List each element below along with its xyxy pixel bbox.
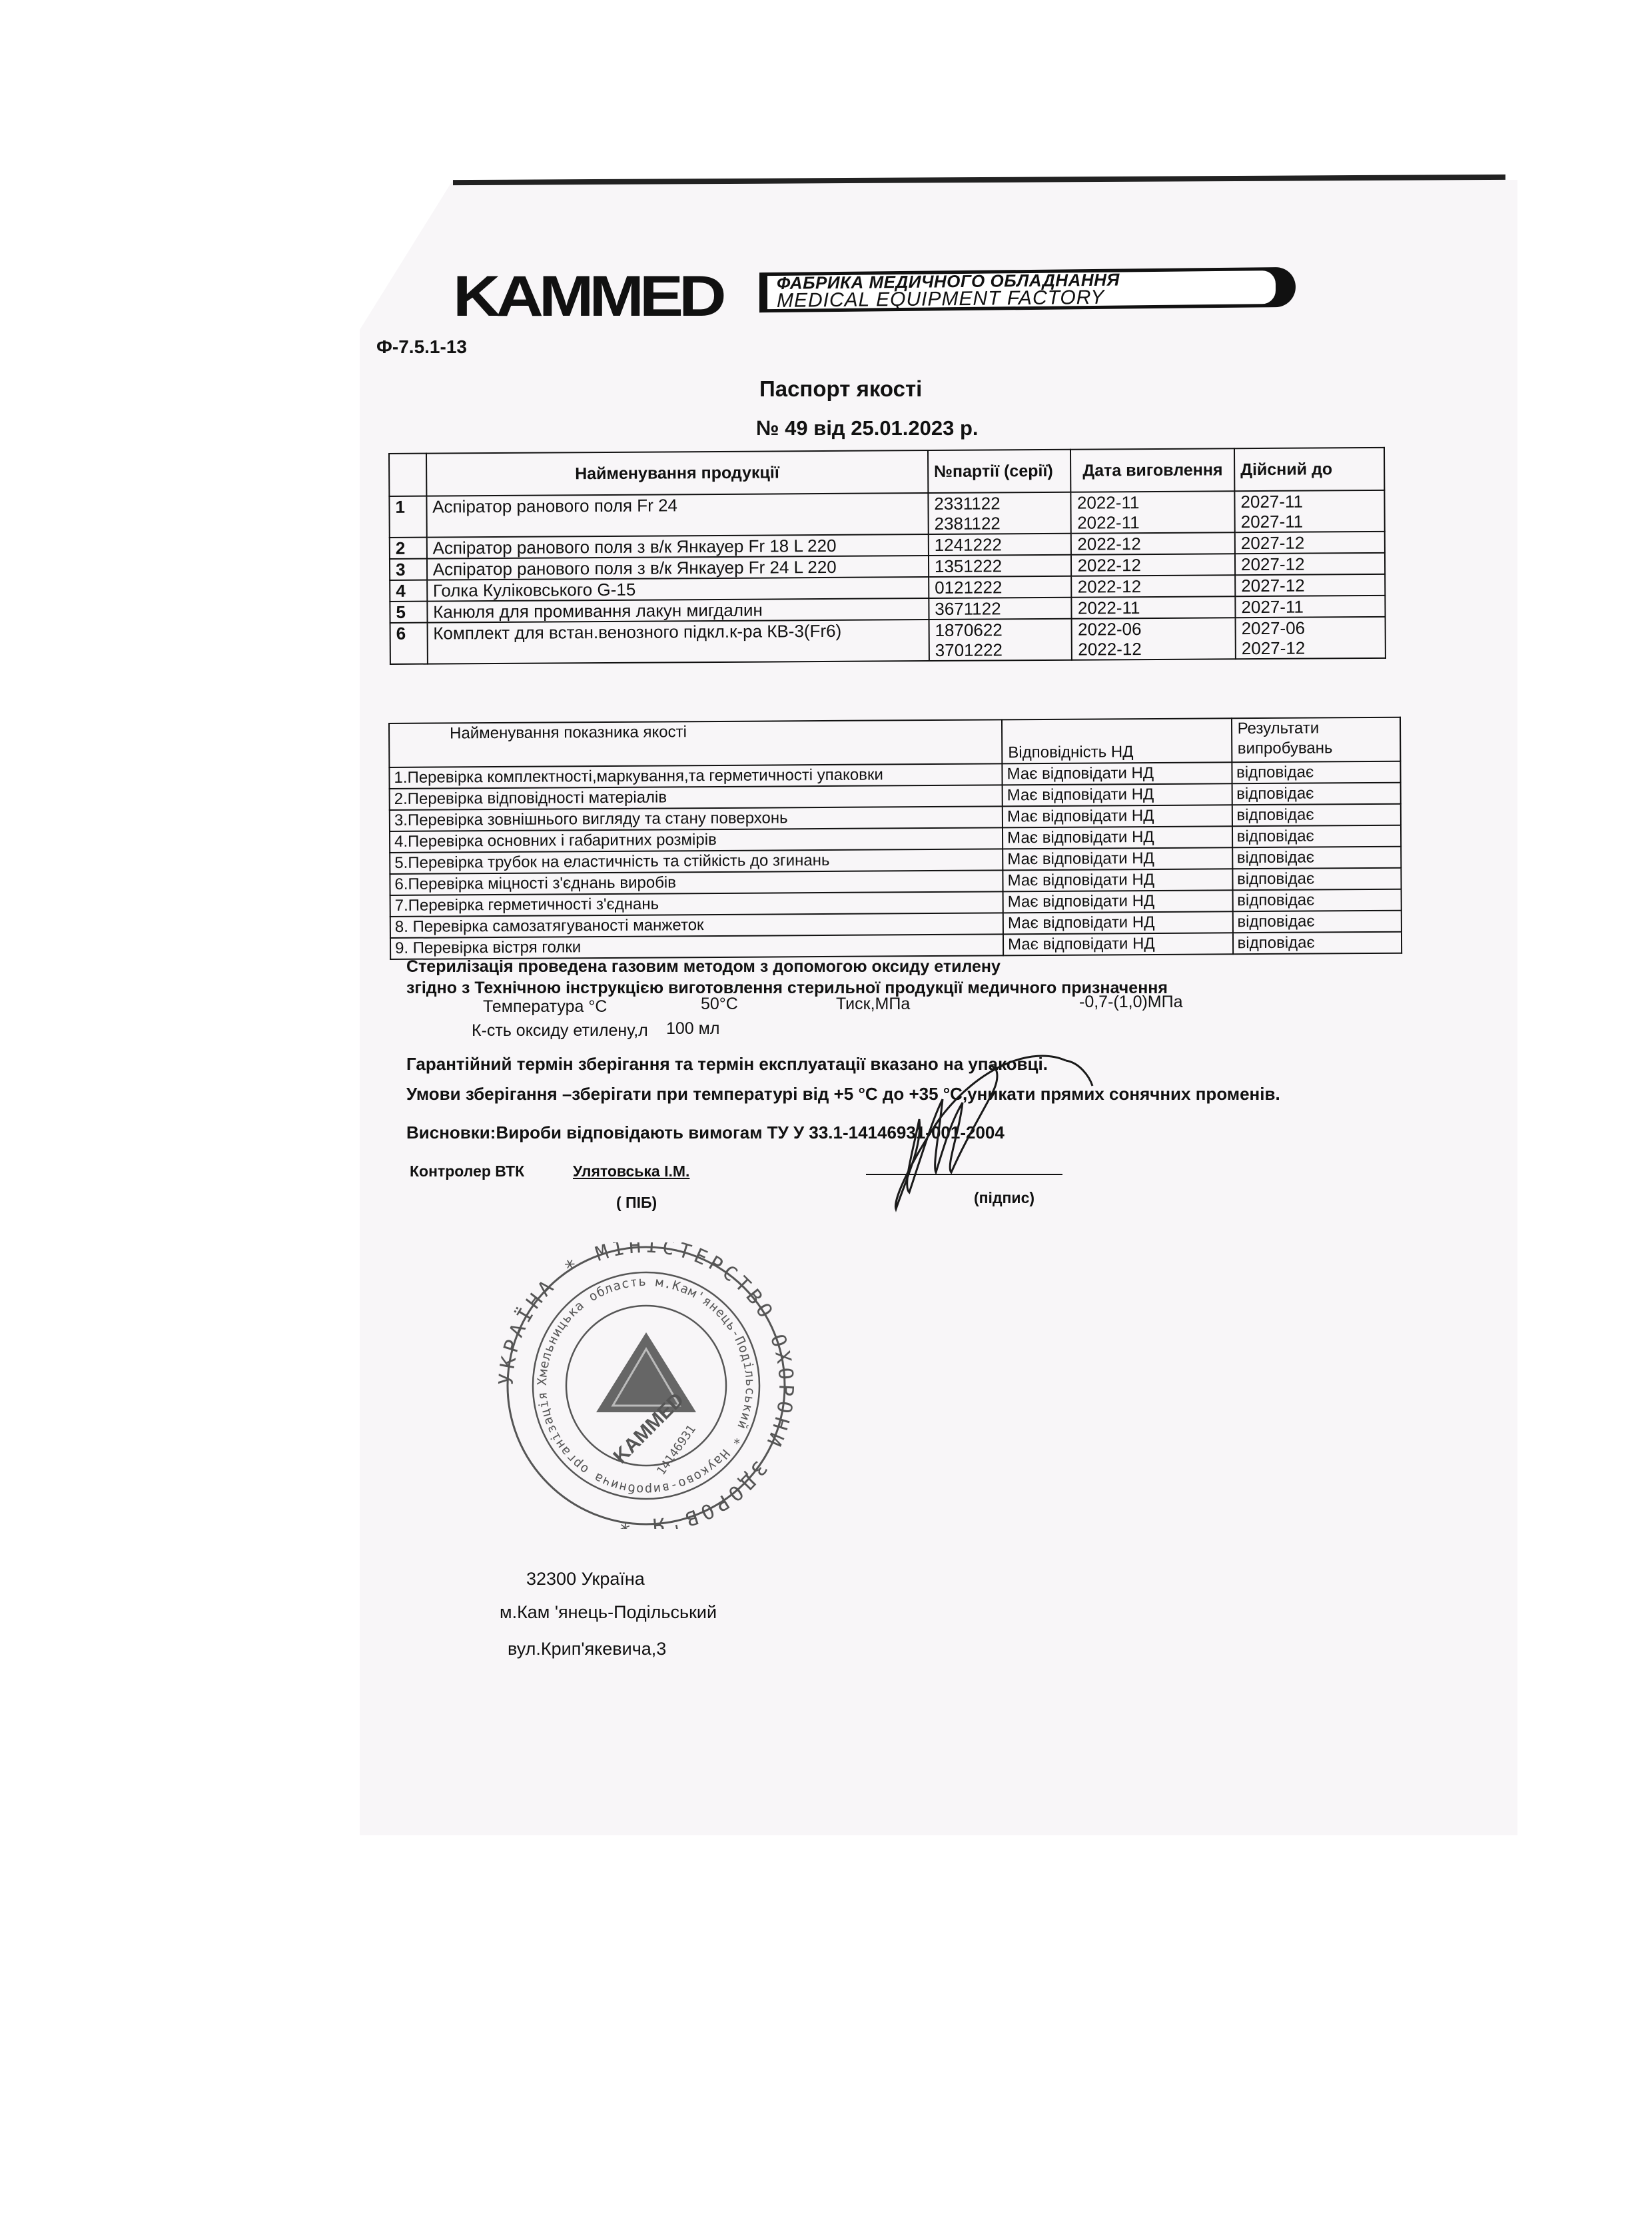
official-stamp-icon: УКРАЇНА * МІНІСТЕРСТВО ОХОРОНИ ЗДОРОВ'Я … [480, 1242, 813, 1529]
product-row: 1Аспіратор ранового поля Fr 242331122238… [389, 490, 1384, 538]
header-batch: №партії (серії) [928, 450, 1071, 493]
product-manufactured: 2022-062022-12 [1072, 618, 1236, 660]
header-num [389, 454, 426, 496]
products-table: Найменування продукції №партії (серії) Д… [388, 447, 1386, 665]
product-valid-until: 2027-112027-11 [1234, 490, 1384, 532]
product-row: 6Комплект для встан.венозного підкл.к-ра… [390, 617, 1386, 664]
test-nd: Має відповідати НД [1003, 890, 1233, 913]
product-name: Аспіратор ранового поля з в/к Янкауер Fr… [427, 556, 929, 580]
test-result: відповідає [1232, 868, 1402, 891]
product-valid-until: 2027-062027-12 [1236, 617, 1386, 659]
products-header-row: Найменування продукції №партії (серії) Д… [389, 448, 1384, 496]
sterilization-block: Стерилізація проведена газовим методом з… [406, 956, 1168, 999]
handwritten-signature-icon [866, 1046, 1146, 1219]
product-batch: 0121222 [929, 576, 1072, 598]
product-valid-until: 2027-12 [1235, 574, 1385, 596]
product-manufactured: 2022-12 [1071, 532, 1235, 554]
product-num: 5 [390, 602, 427, 623]
product-name: Комплект для встан.венозного підкл.к-ра … [427, 620, 929, 664]
storage-conditions: Умови зберігання –зберігати при температ… [406, 1084, 1280, 1105]
test-nd: Має відповідати НД [1003, 911, 1233, 934]
product-manufactured: 2022-11 [1072, 596, 1236, 618]
product-name: Канюля для промивання лакун мигдалин [427, 598, 929, 623]
address-line-1: 32300 Україна [526, 1569, 645, 1589]
product-batch: 1351222 [929, 555, 1072, 577]
tests-header-row: Найменування показника якості Відповідні… [389, 717, 1400, 767]
test-nd: Має відповідати НД [1003, 783, 1232, 806]
signer-name: Улятовська І.М. [573, 1162, 689, 1180]
test-result: відповідає [1232, 825, 1402, 848]
test-result: відповідає [1232, 911, 1402, 933]
test-nd: Має відповідати НД [1003, 826, 1232, 849]
test-result: відповідає [1232, 889, 1402, 912]
product-num: 6 [390, 623, 428, 664]
temperature-label: Температура °С [483, 997, 607, 1017]
logo-brand: KAMMED [453, 270, 722, 323]
header-result: Результати випробувань [1232, 717, 1401, 763]
test-nd: Має відповідати НД [1003, 805, 1232, 827]
product-valid-until: 2027-12 [1235, 532, 1385, 554]
test-nd: Має відповідати НД [1003, 847, 1232, 870]
form-code: Ф-7.5.1-13 [376, 336, 467, 358]
product-manufactured: 2022-12 [1071, 554, 1235, 576]
oxide-value: 100 мл [666, 1019, 719, 1039]
company-logo: KAMMED [453, 270, 687, 323]
product-name: Аспіратор ранового поля з в/к Янкауер Fr… [426, 534, 928, 559]
name-caption: ( ПІБ) [616, 1194, 657, 1212]
test-result: відповідає [1232, 847, 1402, 869]
product-batch: 18706223701222 [929, 619, 1072, 661]
pressure-label: Тиск,МПа [836, 995, 910, 1014]
product-manufactured: 2022-112022-11 [1071, 491, 1235, 533]
product-num: 2 [390, 538, 427, 559]
signer-role: Контролер ВТК [410, 1162, 524, 1180]
oxide-label: К-сть оксиду етилену,л [472, 1021, 648, 1041]
test-nd: Має відповідати НД [1003, 933, 1233, 955]
test-result: відповідає [1232, 804, 1401, 827]
test-result: відповідає [1232, 761, 1401, 784]
quality-tests-table: Найменування показника якості Відповідні… [388, 717, 1402, 960]
product-num: 4 [390, 580, 427, 602]
test-result: відповідає [1233, 932, 1402, 955]
address-line-3: вул.Крип'якевича,3 [508, 1639, 666, 1659]
sterilization-line-2: згідно з Технічною інструкцією виготовле… [406, 977, 1168, 999]
product-num: 3 [390, 559, 427, 580]
pressure-value: -0,7-(1,0)МПа [1079, 993, 1183, 1012]
header-valid-until: Дійсний до [1234, 448, 1384, 491]
header-product-name: Найменування продукції [426, 450, 929, 496]
product-num: 1 [389, 496, 426, 538]
product-batch: 1241222 [929, 534, 1072, 556]
test-nd: Має відповідати НД [1003, 869, 1232, 891]
test-result: відповідає [1232, 783, 1401, 805]
header-nd: Відповідність НД [1002, 718, 1232, 763]
product-manufactured: 2022-12 [1072, 575, 1236, 597]
product-valid-until: 2027-11 [1235, 596, 1385, 618]
document-number: № 49 від 25.01.2023 р. [756, 416, 979, 440]
product-batch: 3671122 [929, 598, 1072, 620]
logo-tagline-en: MEDICAL EQUIPMENT FACTORY [777, 286, 1276, 310]
product-valid-until: 2027-12 [1235, 553, 1385, 575]
product-batch: 23311222381122 [928, 492, 1071, 534]
header-manufactured: Дата виговлення [1070, 448, 1234, 492]
test-nd: Має відповідати НД [1002, 762, 1232, 785]
sterilization-line-1: Стерилізація проведена газовим методом з… [406, 956, 1168, 977]
document-title: Паспорт якості [759, 376, 922, 402]
address-line-2: м.Кам 'янець-Подільський [500, 1602, 717, 1623]
product-name: Голка Куліковського G-15 [427, 577, 929, 602]
logo-banner: ФАБРИКА МЕДИЧНОГО ОБЛАДНАННЯ MEDICAL EQU… [759, 267, 1296, 312]
product-name: Аспіратор ранового поля Fr 24 [426, 493, 929, 538]
header-test-name: Найменування показника якості [389, 719, 1002, 767]
temperature-value: 50°С [701, 995, 738, 1014]
